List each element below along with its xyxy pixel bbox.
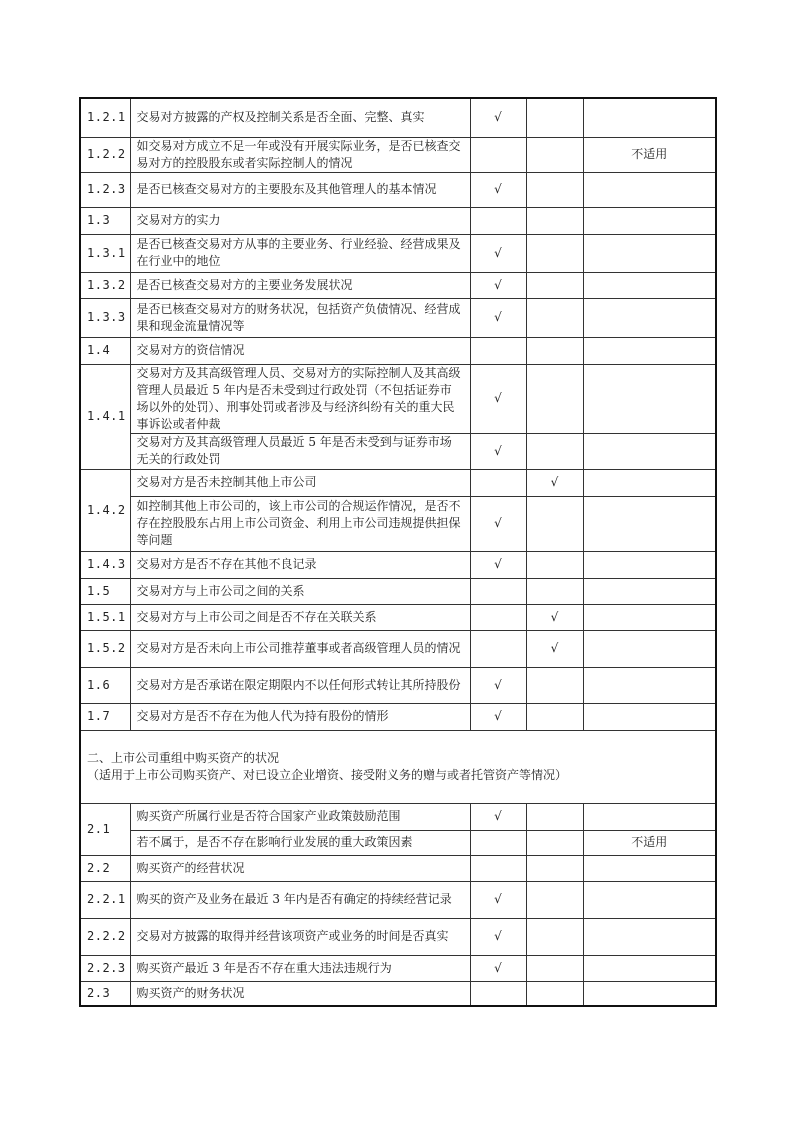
- table-row: 1.4.3 交易对方是否不存在其他不良记录 √: [80, 551, 716, 578]
- yes-mark: √: [470, 98, 526, 137]
- table-row: 1.2.1 交易对方披露的产权及控制关系是否全面、完整、真实 √: [80, 98, 716, 137]
- item-description: 交易对方是否未控制其他上市公司: [130, 469, 470, 496]
- item-description: 是否已核查交易对方的主要股东及其他管理人的基本情况: [130, 172, 470, 207]
- yes-mark: [470, 469, 526, 496]
- yes-mark: [470, 137, 526, 172]
- yes-mark: √: [470, 364, 526, 433]
- item-number: 2.1: [80, 803, 130, 855]
- table-row: 1.5.2 交易对方是否未向上市公司推荐董事或者高级管理人员的情况 √: [80, 630, 716, 667]
- table-row: 1.3.1 是否已核查交易对方从事的主要业务、行业经验、经营成果及在行业中的地位…: [80, 234, 716, 272]
- table-row: 1.3.2 是否已核查交易对方的主要业务发展状况 √: [80, 272, 716, 298]
- remark: [583, 551, 716, 578]
- remark: 不适用: [583, 137, 716, 172]
- table-row: 1.5.1 交易对方与上市公司之间是否不存在关联关系 √: [80, 604, 716, 630]
- yes-mark: [470, 981, 526, 1006]
- item-description: 交易对方及其高级管理人员最近 5 年是否未受到与证券市场无关的行政处罚: [130, 433, 470, 469]
- no-mark: [526, 955, 583, 981]
- yes-mark: √: [470, 667, 526, 703]
- no-mark: [526, 918, 583, 955]
- table-row: 如控制其他上市公司的，该上市公司的合规运作情况，是否不存在控股股东占用上市公司资…: [80, 496, 716, 551]
- no-mark: [526, 364, 583, 433]
- item-description: 是否已核查交易对方从事的主要业务、行业经验、经营成果及在行业中的地位: [130, 234, 470, 272]
- item-description: 交易对方是否不存在为他人代为持有股份的情形: [130, 703, 470, 730]
- yes-mark: √: [470, 955, 526, 981]
- no-mark: [526, 207, 583, 234]
- item-description: 交易对方的资信情况: [130, 337, 470, 364]
- table-row: 1.6 交易对方是否承诺在限定期限内不以任何形式转让其所持股份 √: [80, 667, 716, 703]
- item-number: 1.5.2: [80, 630, 130, 667]
- item-number: 1.2.2: [80, 137, 130, 172]
- remark: [583, 955, 716, 981]
- remark: [583, 337, 716, 364]
- no-mark: √: [526, 630, 583, 667]
- yes-mark: [470, 855, 526, 881]
- table-row: 1.7 交易对方是否不存在为他人代为持有股份的情形 √: [80, 703, 716, 730]
- no-mark: [526, 881, 583, 918]
- table-row: 2.2 购买资产的经营状况: [80, 855, 716, 881]
- table-row: 2.2.2 交易对方披露的取得并经营该项资产或业务的时间是否真实 √: [80, 918, 716, 955]
- no-mark: [526, 496, 583, 551]
- verification-checklist-table: 1.2.1 交易对方披露的产权及控制关系是否全面、完整、真实 √ 1.2.2 如…: [79, 97, 717, 1007]
- no-mark: [526, 98, 583, 137]
- yes-mark: √: [470, 172, 526, 207]
- remark: [583, 667, 716, 703]
- item-number: 2.2.1: [80, 881, 130, 918]
- no-mark: [526, 703, 583, 730]
- yes-mark: √: [470, 881, 526, 918]
- remark: [583, 881, 716, 918]
- table-row: 交易对方及其高级管理人员最近 5 年是否未受到与证券市场无关的行政处罚 √: [80, 433, 716, 469]
- remark: [583, 172, 716, 207]
- table-row: 1.2.2 如交易对方成立不足一年或没有开展实际业务，是否已核查交易对方的控股股…: [80, 137, 716, 172]
- remark: [583, 918, 716, 955]
- item-number: 1.2.3: [80, 172, 130, 207]
- no-mark: √: [526, 604, 583, 630]
- item-number: 1.4.3: [80, 551, 130, 578]
- item-number: 2.2.2: [80, 918, 130, 955]
- item-description: 购买的资产及业务在最近 3 年内是否有确定的持续经营记录: [130, 881, 470, 918]
- no-mark: [526, 172, 583, 207]
- item-description: 购买资产的财务状况: [130, 981, 470, 1006]
- remark: [583, 803, 716, 830]
- yes-mark: √: [470, 551, 526, 578]
- item-description: 如控制其他上市公司的，该上市公司的合规运作情况，是否不存在控股股东占用上市公司资…: [130, 496, 470, 551]
- item-number: 1.4.2: [80, 469, 130, 551]
- yes-mark: √: [470, 234, 526, 272]
- yes-mark: [470, 578, 526, 604]
- item-description: 交易对方披露的产权及控制关系是否全面、完整、真实: [130, 98, 470, 137]
- no-mark: [526, 667, 583, 703]
- table-row: 2.2.1 购买的资产及业务在最近 3 年内是否有确定的持续经营记录 √: [80, 881, 716, 918]
- no-mark: [526, 337, 583, 364]
- remark: [583, 469, 716, 496]
- no-mark: [526, 137, 583, 172]
- no-mark: √: [526, 469, 583, 496]
- yes-mark: [470, 630, 526, 667]
- remark: [583, 433, 716, 469]
- item-description: 购买资产所属行业是否符合国家产业政策鼓励范围: [130, 803, 470, 830]
- yes-mark: [470, 604, 526, 630]
- item-number: 1.5.1: [80, 604, 130, 630]
- no-mark: [526, 551, 583, 578]
- item-description: 交易对方及其高级管理人员、交易对方的实际控制人及其高级管理人员最近 5 年内是否…: [130, 364, 470, 433]
- yes-mark: √: [470, 703, 526, 730]
- remark: [583, 298, 716, 337]
- section-subtitle: （适用于上市公司购买资产、对已设立企业增资、接受附义务的赠与或者托管资产等情况）: [87, 767, 709, 784]
- table-row: 1.4.2 交易对方是否未控制其他上市公司 √: [80, 469, 716, 496]
- item-number: 2.2: [80, 855, 130, 881]
- item-description: 交易对方与上市公司之间是否不存在关联关系: [130, 604, 470, 630]
- no-mark: [526, 234, 583, 272]
- yes-mark: √: [470, 298, 526, 337]
- yes-mark: [470, 830, 526, 855]
- remark: [583, 98, 716, 137]
- table-row: 1.3 交易对方的实力: [80, 207, 716, 234]
- no-mark: [526, 830, 583, 855]
- item-description: 交易对方披露的取得并经营该项资产或业务的时间是否真实: [130, 918, 470, 955]
- item-description: 购买资产的经营状况: [130, 855, 470, 881]
- item-description: 购买资产最近 3 年是否不存在重大违法违规行为: [130, 955, 470, 981]
- remark: [583, 630, 716, 667]
- table-row: 1.4 交易对方的资信情况: [80, 337, 716, 364]
- item-description: 是否已核查交易对方的财务状况，包括资产负债情况、经营成果和现金流量情况等: [130, 298, 470, 337]
- item-number: 1.4.1: [80, 364, 130, 469]
- item-description: 如交易对方成立不足一年或没有开展实际业务，是否已核查交易对方的控股股东或者实际控…: [130, 137, 470, 172]
- remark: 不适用: [583, 830, 716, 855]
- table-row: 1.5 交易对方与上市公司之间的关系: [80, 578, 716, 604]
- remark: [583, 703, 716, 730]
- item-description: 交易对方是否承诺在限定期限内不以任何形式转让其所持股份: [130, 667, 470, 703]
- table-row: 1.3.3 是否已核查交易对方的财务状况，包括资产负债情况、经营成果和现金流量情…: [80, 298, 716, 337]
- item-number: 1.6: [80, 667, 130, 703]
- no-mark: [526, 578, 583, 604]
- item-number: 1.3: [80, 207, 130, 234]
- yes-mark: [470, 337, 526, 364]
- item-number: 2.2.3: [80, 955, 130, 981]
- remark: [583, 604, 716, 630]
- section-header-row: 二、上市公司重组中购买资产的状况 （适用于上市公司购买资产、对已设立企业增资、接…: [80, 730, 716, 803]
- item-number: 2.3: [80, 981, 130, 1006]
- no-mark: [526, 803, 583, 830]
- remark: [583, 578, 716, 604]
- table-row: 1.4.1 交易对方及其高级管理人员、交易对方的实际控制人及其高级管理人员最近 …: [80, 364, 716, 433]
- item-description: 交易对方是否未向上市公司推荐董事或者高级管理人员的情况: [130, 630, 470, 667]
- item-description: 是否已核查交易对方的主要业务发展状况: [130, 272, 470, 298]
- item-description: 交易对方与上市公司之间的关系: [130, 578, 470, 604]
- remark: [583, 207, 716, 234]
- remark: [583, 855, 716, 881]
- no-mark: [526, 298, 583, 337]
- yes-mark: [470, 207, 526, 234]
- remark: [583, 981, 716, 1006]
- table-row: 2.2.3 购买资产最近 3 年是否不存在重大违法违规行为 √: [80, 955, 716, 981]
- yes-mark: √: [470, 272, 526, 298]
- remark: [583, 272, 716, 298]
- table-row: 1.2.3 是否已核查交易对方的主要股东及其他管理人的基本情况 √: [80, 172, 716, 207]
- item-description: 交易对方是否不存在其他不良记录: [130, 551, 470, 578]
- yes-mark: √: [470, 803, 526, 830]
- item-number: 1.3.3: [80, 298, 130, 337]
- item-number: 1.7: [80, 703, 130, 730]
- yes-mark: √: [470, 496, 526, 551]
- no-mark: [526, 981, 583, 1006]
- remark: [583, 234, 716, 272]
- table-row: 2.1 购买资产所属行业是否符合国家产业政策鼓励范围 √: [80, 803, 716, 830]
- no-mark: [526, 272, 583, 298]
- yes-mark: √: [470, 918, 526, 955]
- table-row: 若不属于，是否不存在影响行业发展的重大政策因素 不适用: [80, 830, 716, 855]
- remark: [583, 496, 716, 551]
- remark: [583, 364, 716, 433]
- item-number: 1.3.2: [80, 272, 130, 298]
- yes-mark: √: [470, 433, 526, 469]
- section-heading: 二、上市公司重组中购买资产的状况 （适用于上市公司购买资产、对已设立企业增资、接…: [80, 730, 716, 803]
- section-title: 二、上市公司重组中购买资产的状况: [87, 750, 709, 767]
- no-mark: [526, 855, 583, 881]
- item-description: 若不属于，是否不存在影响行业发展的重大政策因素: [130, 830, 470, 855]
- item-number: 1.3.1: [80, 234, 130, 272]
- table-row: 2.3 购买资产的财务状况: [80, 981, 716, 1006]
- no-mark: [526, 433, 583, 469]
- item-description: 交易对方的实力: [130, 207, 470, 234]
- item-number: 1.4: [80, 337, 130, 364]
- item-number: 1.2.1: [80, 98, 130, 137]
- item-number: 1.5: [80, 578, 130, 604]
